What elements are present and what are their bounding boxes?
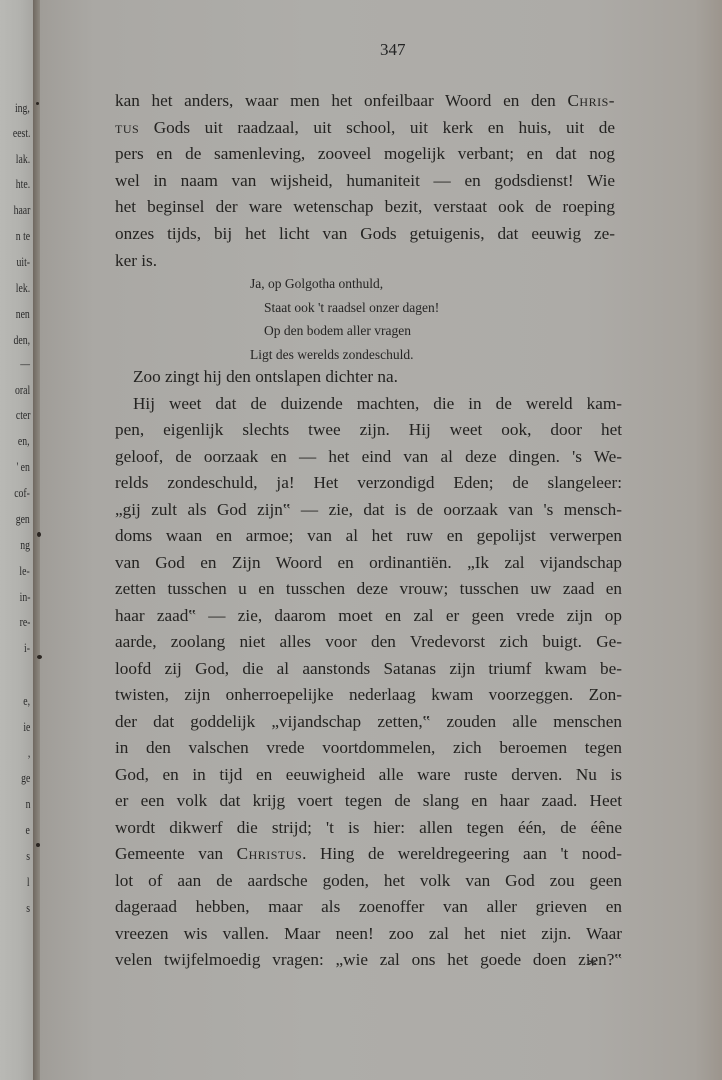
text-line: tus Gods uit raadzaal, uit school, uit k… xyxy=(115,115,615,142)
text-line: het beginsel der ware wetenschap bezit, … xyxy=(115,194,615,221)
text-line: „gij zult als God zijn‟ — zie, dat is de… xyxy=(115,497,622,524)
paragraph-2: Zoo zingt hij den ontslapen dichter na. … xyxy=(115,364,622,974)
facing-page-text-fragment: — xyxy=(20,356,30,372)
paper-speck xyxy=(37,655,42,659)
text-line: Zoo zingt hij den ontslapen dichter na. xyxy=(115,364,622,391)
text-line: haar zaad‟ — zie, daarom moet en zal er … xyxy=(115,603,622,630)
text-line: van God en Zijn Woord en ordinantiën. „I… xyxy=(115,550,622,577)
facing-page-text-fragment: cter xyxy=(15,407,30,423)
facing-page-text-fragment: den, xyxy=(13,332,30,348)
text-line: lot of aan de aardsche goden, het volk v… xyxy=(115,868,622,895)
poem-quote: Ja, op Golgotha onthuld, Staat ook 't ra… xyxy=(250,272,439,366)
facing-page-text-fragment: eest. xyxy=(12,125,30,141)
facing-page-text-fragment: ng xyxy=(20,537,30,553)
poem-line: Op den bodem aller vragen xyxy=(250,319,439,343)
text-line: Hij weet dat de duizende machten, die in… xyxy=(115,391,622,418)
facing-page-text-fragment: gen xyxy=(16,511,30,527)
facing-page-text-fragment: i- xyxy=(24,640,30,656)
small-caps-christus: Christus xyxy=(237,844,302,863)
facing-page-edge: ing,eest.lak.hte.haarn teuit-lek.nenden,… xyxy=(0,0,33,1080)
text-line: wel in naam van wijsheid, humaniteit — e… xyxy=(115,168,615,195)
facing-page-text-fragment: e xyxy=(26,822,30,838)
facing-page-text-fragment: n xyxy=(25,796,30,812)
facing-page-text-fragment: lak. xyxy=(16,151,30,167)
text-line: pers en de samenleving, zooveel mogelijk… xyxy=(115,141,615,168)
facing-page-text-fragment: e, xyxy=(23,693,30,709)
text-line: vreezen wis vallen. Maar neen! zoo zal h… xyxy=(115,921,622,948)
facing-page-text-fragment: in- xyxy=(19,589,30,605)
facing-page-text-fragment: re- xyxy=(19,614,30,630)
text-line: doms waan en armoe; van al het ruw en ge… xyxy=(115,523,622,550)
facing-page-text-fragment: s xyxy=(26,900,30,916)
facing-page-text-fragment: l xyxy=(27,874,30,890)
facing-page-text-fragment: ie xyxy=(23,719,30,735)
text-line: velen twijfelmoedig vragen: „wie zal ons… xyxy=(115,947,622,974)
facing-page-text-fragment: ' en xyxy=(17,459,30,475)
text-line: er een volk dat krijg voert tegen de sla… xyxy=(115,788,622,815)
facing-page-text-fragment: uit- xyxy=(16,254,30,270)
facing-page-text-fragment: le- xyxy=(20,563,30,579)
poem-line: Ja, op Golgotha onthuld, xyxy=(250,272,439,296)
paper-speck xyxy=(36,843,40,847)
facing-page-text-fragment: s xyxy=(26,848,30,864)
facing-page-text-fragment: en, xyxy=(18,433,30,449)
paper-speck xyxy=(37,532,41,537)
facing-page-text-fragment: , xyxy=(28,745,30,761)
facing-page-text-fragment: hte. xyxy=(16,176,30,192)
text-line: twisten, zijn onherroepelijke nederlaag … xyxy=(115,682,622,709)
poem-line: Ligt des werelds zondeschuld. xyxy=(250,343,439,367)
text-line: geloof, de oorzaak en — het eind van al … xyxy=(115,444,622,471)
text-line: Gemeente van Christus. Hing de wereldreg… xyxy=(115,841,622,868)
text-line: pen, eigenlijk slechts twee zijn. Hij we… xyxy=(115,417,622,444)
text-line: onzes tijds, bij het licht van Gods getu… xyxy=(115,221,615,248)
paragraph-1: kan het anders, waar men het onfeilbaar … xyxy=(115,88,615,274)
text-line: aarde, zoolang niet alles voor den Vrede… xyxy=(115,629,622,656)
facing-page-text-fragment: haar xyxy=(13,202,30,218)
text-line: der dat goddelijk „vijandschap zetten,‟ … xyxy=(115,709,622,736)
facing-page-text-fragment: lek. xyxy=(16,280,30,296)
facing-page-text-fragment: ge xyxy=(21,770,30,786)
page-number: 347 xyxy=(380,40,406,60)
poem-line: Staat ook 't raadsel onzer dagen! xyxy=(250,296,439,320)
text-line: in den valschen vrede voortdommelen, zic… xyxy=(115,735,622,762)
text-line: wordt dikwerf die strijd; 't is hier: al… xyxy=(115,815,622,842)
text-line: relds zondeschuld, ja! Het verzondigd Ed… xyxy=(115,470,622,497)
text-line: ker is. xyxy=(115,248,615,275)
paper-speck xyxy=(36,102,39,105)
facing-page-text-fragment: n te xyxy=(16,228,30,244)
text-line: loofd zij God, die al aanstonds Satanas … xyxy=(115,656,622,683)
section-end-asterisk: * xyxy=(588,955,597,976)
facing-page-text-fragment: ing, xyxy=(15,100,30,116)
facing-page-text-fragment: nen xyxy=(16,306,30,322)
small-caps-christ: Chris- xyxy=(567,91,615,110)
text-line: kan het anders, waar men het onfeilbaar … xyxy=(115,88,615,115)
facing-page-text-fragment: oral xyxy=(15,382,30,398)
text-line: dageraad hebben, maar als zoenoffer van … xyxy=(115,894,622,921)
text-line: zetten tusschen u en tusschen deze vrouw… xyxy=(115,576,622,603)
facing-page-text-fragment: cof- xyxy=(14,485,30,501)
text-line: God, en in tijd en eeuwigheid alle ware … xyxy=(115,762,622,789)
